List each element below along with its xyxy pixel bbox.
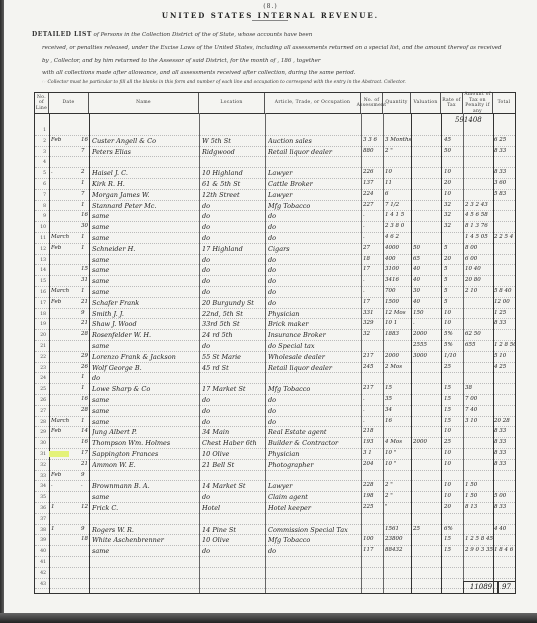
line-number: 13 [35, 258, 46, 263]
day-cell: 31 [81, 277, 89, 283]
row-rule [35, 524, 515, 525]
assessment-no-cell: 17 [363, 266, 383, 272]
valuation-cell: 40 [413, 299, 441, 305]
location-cell: do [202, 223, 264, 231]
quantity-cell: 34 [385, 407, 411, 413]
assessment-no-cell: 227 [363, 202, 383, 208]
quantity-cell: 10 " [385, 461, 411, 467]
col-header-line: No. of Line [35, 93, 49, 113]
assessment-no-cell: . [363, 277, 383, 283]
rate-cell: 15 [444, 536, 463, 542]
line-number: 9 [35, 214, 46, 219]
quantity-cell: 2000 [385, 353, 411, 359]
day-cell: 1 [81, 202, 89, 208]
line-number: 8 [35, 204, 46, 209]
assessment-no-cell: 329 [363, 320, 383, 326]
amount-cell: 655 [465, 342, 493, 348]
article-cell: Lawyer [268, 169, 360, 177]
line-number: 28 [35, 420, 46, 425]
row-rule [35, 394, 515, 395]
line-number: 7 [35, 193, 46, 198]
amount-cell: 1 4 5 05 [465, 234, 493, 240]
total-cell: 8 33 [494, 169, 515, 175]
name-cell: same [92, 547, 198, 555]
line-number: 35 [35, 495, 46, 500]
preamble-line-4: with all collections made after allowanc… [42, 70, 355, 76]
grand-total-cents: 97 [497, 581, 516, 594]
quantity-cell: 15 [385, 385, 411, 391]
assessment-no-cell: 3 3 6 [363, 137, 383, 143]
date-cell: March [51, 418, 81, 424]
location-cell: 14 Pine St [202, 526, 264, 534]
day-cell: 28 [81, 331, 89, 337]
location-cell: Hotel [202, 504, 264, 512]
line-number: 30 [35, 441, 46, 446]
amount-cell: 38 [465, 385, 493, 391]
rate-cell: 10 [444, 461, 463, 467]
amount-cell: 4 5 6 58 [465, 212, 493, 218]
total-cell: 1 2 8 50 [494, 342, 515, 348]
assessment-no-cell: . [363, 234, 383, 240]
row-rule [35, 534, 515, 535]
assessment-no-cell: 27 [363, 245, 383, 251]
day-cell: 16 [81, 439, 89, 445]
day-cell: 18 [81, 536, 89, 542]
location-cell: 17 Highland [202, 245, 264, 253]
header-rule [35, 113, 515, 114]
line-number: 2 [35, 139, 46, 144]
row-rule [35, 405, 515, 406]
amount-cell: 8 13 [465, 504, 493, 510]
location-cell: 10 Olive [202, 536, 264, 544]
line-number: 38 [35, 528, 46, 533]
row-rule [35, 275, 515, 276]
day-cell: 2 [81, 169, 89, 175]
assessment-no-cell: 100 [363, 536, 383, 542]
location-cell: do [202, 547, 264, 555]
row-rule [35, 372, 515, 373]
row-rule [35, 308, 515, 309]
valuation-cell: 65 [413, 256, 441, 262]
rate-cell: 32 [444, 212, 463, 218]
article-cell: Retail liquor dealer [268, 148, 360, 156]
col-divider [383, 113, 384, 593]
name-cell: Lorenzo Frank & Jackson [92, 353, 198, 361]
total-cell: 8 33 [494, 461, 515, 467]
line-number: 31 [35, 452, 46, 457]
total-cell: 4 25 [494, 364, 515, 370]
location-cell: do [202, 418, 264, 426]
name-cell: Kirk R. H. [92, 180, 198, 188]
assessment-no-cell: 32 [363, 331, 383, 337]
line-number: 22 [35, 355, 46, 360]
name-cell: Smith J. J. [92, 310, 198, 318]
location-cell: 33rd 5th St [202, 320, 264, 328]
day-cell: 7 [81, 148, 89, 154]
line-number: 27 [35, 409, 46, 414]
assessment-no-cell: 217 [363, 385, 383, 391]
col-header-no: No. of Assessment [361, 93, 383, 113]
row-rule [35, 470, 515, 471]
assessment-no-cell: . [363, 212, 383, 218]
row-rule [35, 416, 515, 417]
valuation-cell: 2555 [413, 342, 441, 348]
total-cell: 5 8 40 [494, 288, 515, 294]
valuation-cell: 30 [413, 288, 441, 294]
ledger-page: (8.) UNITED STATES INTERNAL REVENUE. DET… [4, 0, 537, 615]
article-cell: Builder & Contractor [268, 439, 360, 447]
name-cell: Sappington Frances [92, 450, 198, 458]
ledger-table: No. of Line Date Name Location Article, … [34, 92, 516, 594]
row-rule [35, 135, 515, 136]
line-number: 33 [35, 474, 46, 479]
quantity-cell: 2 Mos [385, 364, 411, 370]
total-cell: 5 10 [494, 353, 515, 359]
name-cell: Haisel J. C. [92, 169, 198, 177]
name-cell: same [92, 493, 198, 501]
location-cell: do [202, 288, 264, 296]
total-cell: 5 83 [494, 191, 515, 197]
line-number: 18 [35, 312, 46, 317]
assessment-no-cell: 204 [363, 461, 383, 467]
row-rule [35, 254, 515, 255]
name-cell: Shaw J. Wood [92, 320, 198, 328]
col-divider [441, 113, 442, 593]
quantity-cell: " [385, 504, 411, 510]
article-cell: Physician [268, 450, 360, 458]
quantity-cell: 35 [385, 396, 411, 402]
row-rule [35, 383, 515, 384]
name-cell: same [92, 342, 198, 350]
rate-cell: 1/10 [444, 353, 463, 359]
assessment-no-cell: 117 [363, 547, 383, 553]
row-rule [35, 426, 515, 427]
title-rule [252, 20, 288, 21]
name-cell: Jung Albert P. [92, 428, 198, 436]
day-cell: 28 [81, 407, 89, 413]
quantity-cell: 3 Months [385, 137, 411, 143]
brought-forward: 591408 [455, 116, 482, 124]
amount-cell: 8 00 [465, 245, 493, 251]
line-number: 34 [35, 484, 46, 489]
line-number: 41 [35, 560, 46, 565]
rate-cell: 6% [444, 526, 463, 532]
article-cell: do [268, 256, 360, 264]
quantity-cell: 2 " [385, 148, 411, 154]
location-cell: 22nd, 5th St [202, 310, 264, 318]
article-cell: Photographer [268, 461, 360, 469]
line-number: 29 [35, 430, 46, 435]
location-cell: 61 & 5th St [202, 180, 264, 188]
col-divider [361, 113, 362, 593]
day-cell: 1 [81, 180, 89, 186]
line-number: 15 [35, 279, 46, 284]
line-number: 6 [35, 182, 46, 187]
total-cell: 8 33 [494, 320, 515, 326]
date-cell: . [51, 482, 81, 488]
col-header-quantity: Quantity [383, 93, 411, 113]
article-cell: do [268, 547, 360, 555]
name-cell: do [92, 374, 198, 382]
rate-cell: 20 [444, 504, 463, 510]
total-cell: 8 33 [494, 504, 515, 510]
quantity-cell: 2 3 8 0 [385, 223, 411, 229]
rate-cell: 10 [444, 493, 463, 499]
valuation-cell: 2000 [413, 331, 441, 337]
article-cell: do [268, 288, 360, 296]
quantity-cell: 10 [385, 169, 411, 175]
location-cell: do [202, 266, 264, 274]
line-number: 32 [35, 463, 46, 468]
rate-cell: 15 [444, 418, 463, 424]
location-cell: 45 rd St [202, 364, 264, 372]
row-rule [35, 448, 515, 449]
total-cell: 8 33 [494, 428, 515, 434]
date-cell: March [51, 234, 81, 240]
day-cell: 12 [81, 504, 89, 510]
amount-cell: 2 3 2 43 [465, 202, 493, 208]
name-cell: Peters Elias [92, 148, 198, 156]
assessment-no-cell: 218 [363, 428, 383, 434]
article-cell: Mfg Tobacco [268, 202, 360, 210]
line-number: 4 [35, 160, 46, 165]
day-cell: 17 [81, 450, 89, 456]
row-rule [35, 178, 515, 179]
article-cell: do [268, 266, 360, 274]
location-cell: do [202, 234, 264, 242]
amount-cell: 10 40 [465, 266, 493, 272]
location-cell: do [202, 256, 264, 264]
quantity-cell: 4 6 2 [385, 234, 411, 240]
line-number: 43 [35, 582, 46, 587]
row-rule [35, 286, 515, 287]
amount-cell: 7 40 [465, 407, 493, 413]
quantity-cell: 1883 [385, 331, 411, 337]
valuation-cell: 40 [413, 277, 441, 283]
article-cell: do [268, 234, 360, 242]
article-cell: do [268, 299, 360, 307]
article-cell: Retail liquor dealer [268, 364, 360, 372]
line-number: 37 [35, 517, 46, 522]
row-rule [35, 362, 515, 363]
line-number: 3 [35, 150, 46, 155]
assessment-no-cell: 193 [363, 439, 383, 445]
quantity-cell: 2 " [385, 482, 411, 488]
location-cell: 10 Highland [202, 169, 264, 177]
line-number: 17 [35, 301, 46, 306]
rate-cell: 10 [444, 428, 463, 434]
article-cell: Wholesale dealer [268, 353, 360, 361]
article-cell: Real Estate agent [268, 428, 360, 436]
article-cell: Lawyer [268, 191, 360, 199]
name-cell: Rogers W. R. [92, 526, 198, 534]
rate-cell: 45 [444, 137, 463, 143]
day-cell: 26 [81, 364, 89, 370]
assessment-no-cell: 198 [363, 493, 383, 499]
date-cell: March [51, 288, 81, 294]
total-cell: 20 28 [494, 418, 515, 424]
name-cell: Thompson Wm. Holmes [92, 439, 198, 447]
name-cell: same [92, 418, 198, 426]
location-cell: do [202, 277, 264, 285]
location-cell: do [202, 407, 264, 415]
line-number: 23 [35, 366, 46, 371]
line-number: 25 [35, 387, 46, 392]
day-cell: 9 [81, 526, 89, 532]
quantity-cell: 700 [385, 288, 411, 294]
col-header-valuation: Valuation [411, 93, 441, 113]
day-cell: 1 [81, 418, 89, 424]
col-header-total: Total [493, 93, 515, 113]
location-cell: 10 Olive [202, 450, 264, 458]
article-cell: do [268, 212, 360, 220]
location-cell: 12th Street [202, 191, 264, 199]
document-title: UNITED STATES INTERNAL REVENUE. [4, 11, 537, 20]
location-cell: Ridgwood [202, 148, 264, 156]
name-cell: Schafer Frank [92, 299, 198, 307]
article-cell: Claim agent [268, 493, 360, 501]
total-cell: 8 33 [494, 450, 515, 456]
row-rule [35, 556, 515, 557]
name-cell: Schneider H. [92, 245, 198, 253]
day-cell: 9 [81, 472, 89, 478]
assessment-no-cell: 245 [363, 364, 383, 370]
date-cell: Feb [51, 245, 81, 251]
article-cell: Cattle Broker [268, 180, 360, 188]
location-cell: 55 St Marie [202, 353, 264, 361]
article-cell: Commission Special Tax [268, 526, 360, 534]
assessment-no-cell: 225 [363, 504, 383, 510]
col-header-article: Article, Trade, or Occupation [265, 93, 361, 113]
row-rule [35, 502, 515, 503]
date-cell: 1 [51, 504, 81, 510]
rate-cell: 10 [444, 450, 463, 456]
valuation-cell: . [413, 320, 441, 326]
amount-cell: 62 50 [465, 331, 493, 337]
col-divider [89, 113, 90, 593]
rate-cell: 20 [444, 180, 463, 186]
article-cell: do Special tax [268, 342, 360, 350]
quantity-cell: 88432 [385, 547, 411, 553]
article-cell: Insurance Broker [268, 331, 360, 339]
article-cell: Lawyer [268, 482, 360, 490]
rate-cell: 15 [444, 385, 463, 391]
scan-bottom-edge [0, 613, 537, 623]
amount-cell: 2 9 0 3 35 [465, 547, 493, 553]
row-rule [35, 297, 515, 298]
article-cell: Cigars [268, 245, 360, 253]
day-cell: 1 [81, 288, 89, 294]
row-rule [35, 189, 515, 190]
line-number: 16 [35, 290, 46, 295]
quantity-cell: 12 Mos [385, 310, 411, 316]
row-rule [35, 221, 515, 222]
line-number: 21 [35, 344, 46, 349]
row-rule [35, 588, 515, 589]
rate-cell: 10 [444, 191, 463, 197]
quantity-cell: 2 " [385, 493, 411, 499]
col-header-name: Name [89, 93, 199, 113]
row-rule [35, 545, 515, 546]
valuation-cell: 40 [413, 266, 441, 272]
rate-cell: 5% [444, 331, 463, 337]
name-cell: Custer Angell & Co [92, 137, 198, 145]
amount-cell: 20 80 [465, 277, 493, 283]
article-cell: Auction sales [268, 137, 360, 145]
name-cell: same [92, 288, 198, 296]
rate-cell: 5% [444, 342, 463, 348]
total-cell: 1 8 4 6 80 [494, 547, 515, 553]
total-cell: 8 33 [494, 439, 515, 445]
name-cell: same [92, 407, 198, 415]
day-cell: 21 [81, 299, 89, 305]
name-cell: same [92, 266, 198, 274]
amount-cell: 6 00 [465, 256, 493, 262]
col-header-amount: Amount of Tax on Penalty if any [463, 93, 493, 113]
quantity-cell: 1561 [385, 526, 411, 532]
amount-cell: 1 50 [465, 493, 493, 499]
row-rule [35, 210, 515, 211]
name-cell: Wolf George B. [92, 364, 198, 372]
row-rule [35, 578, 515, 579]
line-number: 26 [35, 398, 46, 403]
date-cell: 1 [51, 526, 81, 532]
row-rule [35, 329, 515, 330]
line-number: 24 [35, 376, 46, 381]
location-cell: do [202, 396, 264, 404]
date-cell: Feb [51, 428, 81, 434]
location-cell: 24 rd 5th [202, 331, 264, 339]
location-cell: 14 Market St [202, 482, 264, 490]
location-cell: Chest Haber 6th [202, 439, 264, 447]
rate-cell: 5 [444, 266, 463, 272]
amount-cell: 2 10 [465, 288, 493, 294]
valuation-cell: 150 [413, 310, 441, 316]
quantity-cell: 4000 [385, 245, 411, 251]
day-cell: 15 [81, 266, 89, 272]
assessment-no-cell: 331 [363, 310, 383, 316]
assessment-no-cell: . [363, 396, 383, 402]
quantity-cell: 3416 [385, 277, 411, 283]
line-number: 42 [35, 571, 46, 576]
assessment-no-cell: . [363, 223, 383, 229]
location-cell: do [202, 202, 264, 210]
rate-cell: 32 [444, 202, 463, 208]
assessment-no-cell: 17 [363, 299, 383, 305]
col-divider [411, 113, 412, 593]
day-cell: 29 [81, 353, 89, 359]
line-number: 20 [35, 333, 46, 338]
name-cell: same [92, 256, 198, 264]
row-rule [35, 243, 515, 244]
quantity-cell: 23800 [385, 536, 411, 542]
day-cell: 1 [81, 374, 89, 380]
day-cell: 7 [81, 191, 89, 197]
location-cell: do [202, 493, 264, 501]
assessment-no-cell: 228 [363, 482, 383, 488]
assessment-no-cell: 880 [363, 148, 383, 154]
location-cell: do [202, 212, 264, 220]
rate-cell: 10 [444, 310, 463, 316]
article-cell: do [268, 396, 360, 404]
assessment-no-cell: 137 [363, 180, 383, 186]
rate-cell: 50 [444, 148, 463, 154]
day-cell: 21 [81, 461, 89, 467]
assessment-no-cell: 224 [363, 191, 383, 197]
day-cell: 16 [81, 137, 89, 143]
quantity-cell: 11 [385, 180, 411, 186]
page-marker: (8.) [4, 3, 537, 10]
